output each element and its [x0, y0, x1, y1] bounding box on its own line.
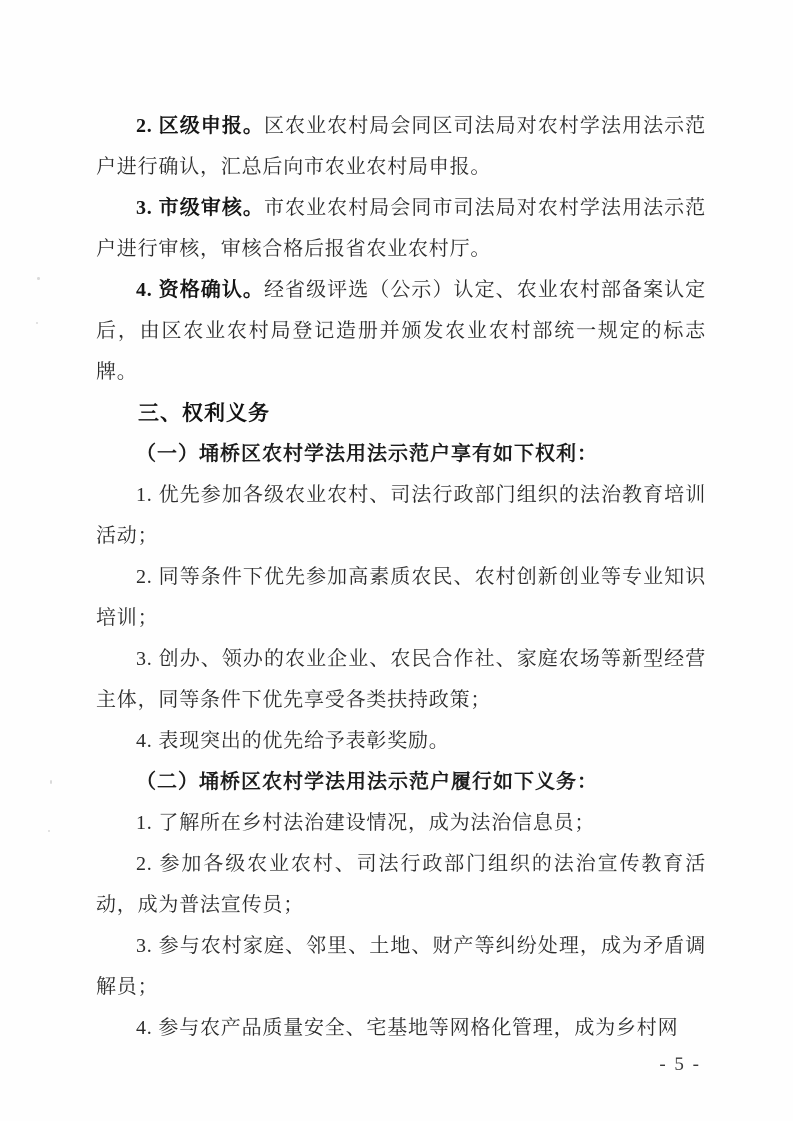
paragraph-obligation-2: 2. 参加各级农业农村、司法行政部门组织的法治宣传教育活动，成为普法宣传员； — [96, 844, 706, 926]
paragraph-lead: 3. 市级审核。 — [136, 197, 264, 219]
document-body: 2. 区级申报。区农业农村局会同区司法局对农村学法用法示范户进行确认，汇总后向市… — [96, 106, 706, 1049]
scan-speck — [37, 277, 40, 280]
paragraph-district-application: 2. 区级申报。区农业农村局会同区司法局对农村学法用法示范户进行确认，汇总后向市… — [96, 106, 706, 188]
page-number: - 5 - — [659, 1054, 701, 1076]
paragraph-lead: 2. 区级申报。 — [136, 115, 264, 137]
paragraph-right-3: 3. 创办、领办的农业企业、农民合作社、家庭农场等新型经营主体，同等条件下优先享… — [96, 639, 706, 721]
paragraph-obligation-3: 3. 参与农村家庭、邻里、土地、财产等纠纷处理，成为矛盾调解员； — [96, 926, 706, 1008]
scan-speck — [50, 780, 52, 784]
paragraph-right-1: 1. 优先参加各级农业农村、司法行政部门组织的法治教育培训活动； — [96, 475, 706, 557]
section-heading-rights-obligations: 三、权利义务 — [96, 393, 706, 434]
paragraph-lead: 4. 资格确认。 — [136, 279, 264, 301]
paragraph-right-4: 4. 表现突出的优先给予表彰奖励。 — [96, 721, 706, 762]
subsection-heading-obligations: （二）埇桥区农村学法用法示范户履行如下义务： — [96, 762, 706, 803]
paragraph-right-2: 2. 同等条件下优先参加高素质农民、农村创新创业等专业知识培训； — [96, 557, 706, 639]
paragraph-obligation-1: 1. 了解所在乡村法治建设情况，成为法治信息员； — [96, 803, 706, 844]
paragraph-city-review: 3. 市级审核。市农业农村局会同市司法局对农村学法用法示范户进行审核，审核合格后… — [96, 188, 706, 270]
document-page: 2. 区级申报。区农业农村局会同区司法局对农村学法用法示范户进行确认，汇总后向市… — [0, 0, 793, 1121]
subsection-heading-rights: （一）埇桥区农村学法用法示范户享有如下权利： — [96, 434, 706, 475]
paragraph-obligation-4: 4. 参与农产品质量安全、宅基地等网格化管理，成为乡村网 — [96, 1008, 706, 1049]
scan-speck — [48, 830, 50, 832]
paragraph-qualification-confirm: 4. 资格确认。经省级评选（公示）认定、农业农村部备案认定后，由区农业农村局登记… — [96, 270, 706, 393]
scan-speck — [36, 322, 38, 324]
